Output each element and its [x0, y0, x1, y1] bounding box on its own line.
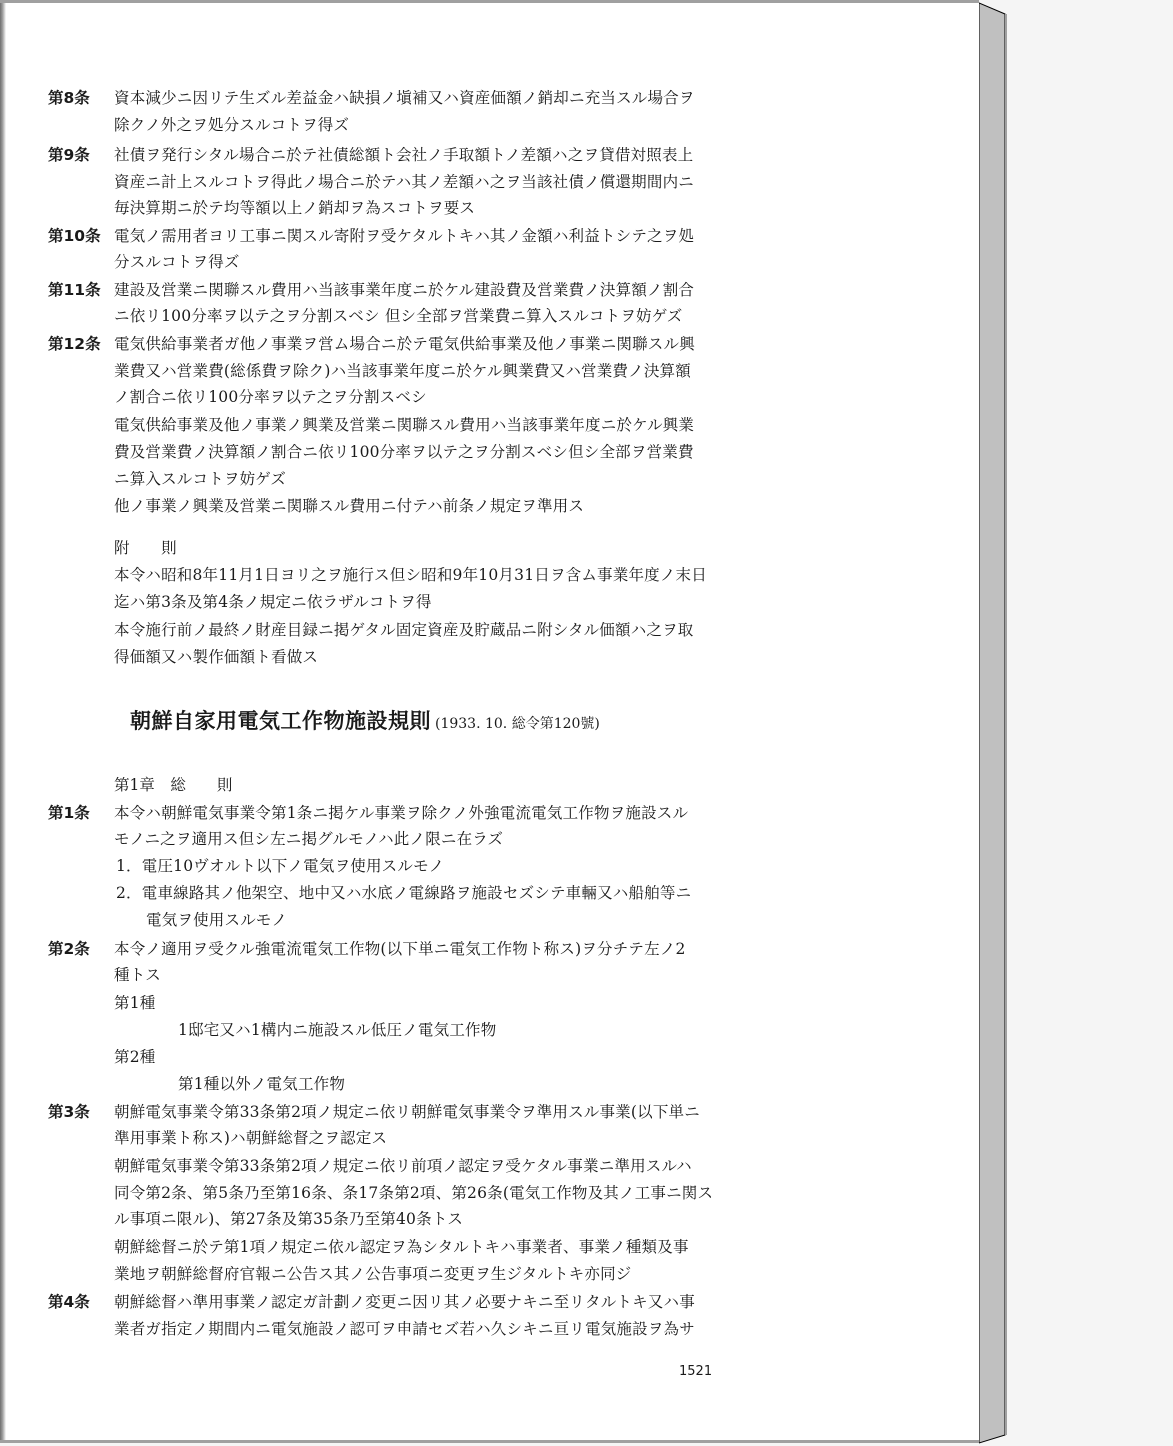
article-number: 第10条 [48, 226, 101, 246]
text-line: 電気供給事業及他ノ事業ノ興業及営業ニ関聯スル費用ハ当該事業年度ニ於ケル興業 [114, 415, 694, 435]
text-line: 同令第2条、第5条乃至第16条、条17条第2項、第26条(電気工作物及其ノ工事ニ… [114, 1183, 713, 1203]
text-line: 電気ノ需用者ヨリ工事ニ関スル寄附ヲ受ケタルトキハ其ノ金額ハ利益トシテ之ヲ処 [114, 226, 694, 246]
text-line: ニ依リ100分率ヲ以テ之ヲ分割スベシ 但シ全部ヲ営業費ニ算入スルコトヲ妨ゲズ [114, 306, 683, 326]
text-line: 資産ニ計上スルコトヲ得此ノ場合ニ於テハ其ノ差額ハ之ヲ当該社債ノ償還期間内ニ [114, 172, 694, 192]
article-number: 第4条 [48, 1292, 90, 1312]
regulation-title: 朝鮮自家用電気工作物施設規則(1933. 10. 総令第120號) [130, 705, 600, 735]
regulation-title-sub: (1933. 10. 総令第120號) [435, 716, 600, 732]
text-line: 朝鮮総督ニ於テ第1項ノ規定ニ依ル認定ヲ為シタルトキハ事業者、事業ノ種類及事 [114, 1237, 689, 1257]
text-line: 種トス [114, 965, 161, 985]
text-line: 2．電車線路其ノ他架空、地中又ハ水底ノ電線路ヲ施設セズシテ車輛又ハ船舶等ニ [116, 883, 691, 903]
text-line: 業地ヲ朝鮮総督府官報ニ公告ス其ノ公告事項ニ変更ヲ生ジタルトキ亦同ジ [114, 1264, 631, 1284]
text-line: 朝鮮総督ハ準用事業ノ認定ガ計劃ノ変更ニ因リ其ノ必要ナキニ至リタルトキ又ハ事 [114, 1292, 695, 1312]
text-line: 資本減少ニ因リテ生ズル差益金ハ缺損ノ塡補又ハ資産価額ノ銷却ニ充当スル場合ヲ [114, 88, 695, 108]
text-line: 本令施行前ノ最終ノ財産目録ニ掲ゲタル固定資産及貯蔵品ニ附シタル価額ハ之ヲ取 [114, 620, 694, 640]
article-number: 第11条 [48, 280, 101, 300]
text-line: ノ割合ニ依リ100分率ヲ以テ之ヲ分割スベシ [114, 387, 427, 407]
text-line: 業費又ハ営業費(総係費ヲ除ク)ハ当該事業年度ニ於ケル興業費又ハ営業費ノ決算額 [114, 361, 691, 381]
text-line: 業者ガ指定ノ期間内ニ電気施設ノ認可ヲ申請セズ若ハ久シキニ亘リ電気施設ヲ為サ [114, 1319, 695, 1339]
article-number: 第1条 [48, 803, 90, 823]
text-line: 朝鮮電気事業令第33条第2項ノ規定ニ依リ朝鮮電気事業令ヲ準用スル事業(以下単ニ [114, 1102, 700, 1122]
article-number: 第8条 [48, 88, 90, 108]
text-line: 分スルコトヲ得ズ [114, 252, 240, 272]
text-line: 費及営業費ノ決算額ノ割合ニ依リ100分率ヲ以テ之ヲ分割スベシ但シ全部ヲ営業費 [114, 442, 694, 462]
document-content: 朝鮮自家用電気工作物施設規則(1933. 10. 総令第120號) 第1章 総 … [0, 0, 979, 1446]
article-number: 第3条 [48, 1102, 90, 1122]
text-line: 第1種 [114, 993, 155, 1013]
page-number: 1521 [679, 1364, 712, 1379]
text-line: 本令ハ昭和8年11月1日ヨリ之ヲ施行ス但シ昭和9年10月31日ヲ含ム事業年度ノ末… [114, 565, 707, 585]
chapter-heading: 第1章 総 則 [114, 775, 232, 795]
article-number: 第2条 [48, 939, 90, 959]
text-line: 建設及営業ニ関聯スル費用ハ当該事業年度ニ於ケル建設費及営業費ノ決算額ノ割合 [114, 280, 694, 300]
text-line: 1．電圧10ヴオルト以下ノ電気ヲ使用スルモノ [116, 856, 444, 876]
text-line: モノニ之ヲ適用ス但シ左ニ掲グルモノハ此ノ限ニ在ラズ [114, 829, 503, 849]
page-edge-3d [979, 0, 1009, 1446]
text-line: ニ算入スルコトヲ妨ゲズ [114, 469, 286, 489]
text-line: 本令ノ適用ヲ受クル強電流電気工作物(以下単ニ電気工作物ト称ス)ヲ分チテ左ノ2 [114, 939, 686, 959]
text-line: 社債ヲ発行シタル場合ニ於テ社債総額ト会社ノ手取額トノ差額ハ之ヲ貸借対照表上 [114, 145, 693, 165]
regulation-title-main: 朝鮮自家用電気工作物施設規則 [130, 708, 431, 733]
text-line: 電気供給事業者ガ他ノ事業ヲ営ム場合ニ於テ電気供給事業及他ノ事業ニ関聯スル興 [114, 334, 695, 354]
text-line: 準用事業ト称ス)ハ朝鮮総督之ヲ認定ス [114, 1128, 387, 1148]
text-line: 除クノ外之ヲ処分スルコトヲ得ズ [114, 115, 349, 135]
text-line: 迄ハ第3条及第4条ノ規定ニ依ラザルコトヲ得 [114, 592, 432, 612]
text-line: 毎決算期ニ於テ均等額以上ノ銷却ヲ為スコトヲ要ス [114, 198, 475, 218]
text-line: 朝鮮電気事業令第33条第2項ノ規定ニ依リ前項ノ認定ヲ受ケタル事業ニ準用スルハ [114, 1156, 692, 1176]
text-line: 電気ヲ使用スルモノ [146, 910, 287, 930]
article-number: 第9条 [48, 145, 90, 165]
text-line: ル事項ニ限ル)、第27条及第35条乃至第40条トス [114, 1209, 463, 1229]
text-line: 他ノ事業ノ興業及営業ニ関聯スル費用ニ付テハ前条ノ規定ヲ準用ス [114, 496, 584, 516]
text-line: 得価額又ハ製作価額ト看做ス [114, 647, 318, 667]
text-line: 第1種以外ノ電気工作物 [178, 1074, 345, 1094]
text-line: 本令ハ朝鮮電気事業令第1条ニ掲ケル事業ヲ除クノ外強電流電気工作物ヲ施設スル [114, 803, 688, 823]
article-number: 第12条 [48, 334, 101, 354]
text-line: 第2種 [114, 1047, 155, 1067]
text-line: 1邸宅又ハ1構内ニ施設スル低圧ノ電気工作物 [178, 1020, 496, 1040]
text-line: 附 則 [114, 538, 177, 558]
